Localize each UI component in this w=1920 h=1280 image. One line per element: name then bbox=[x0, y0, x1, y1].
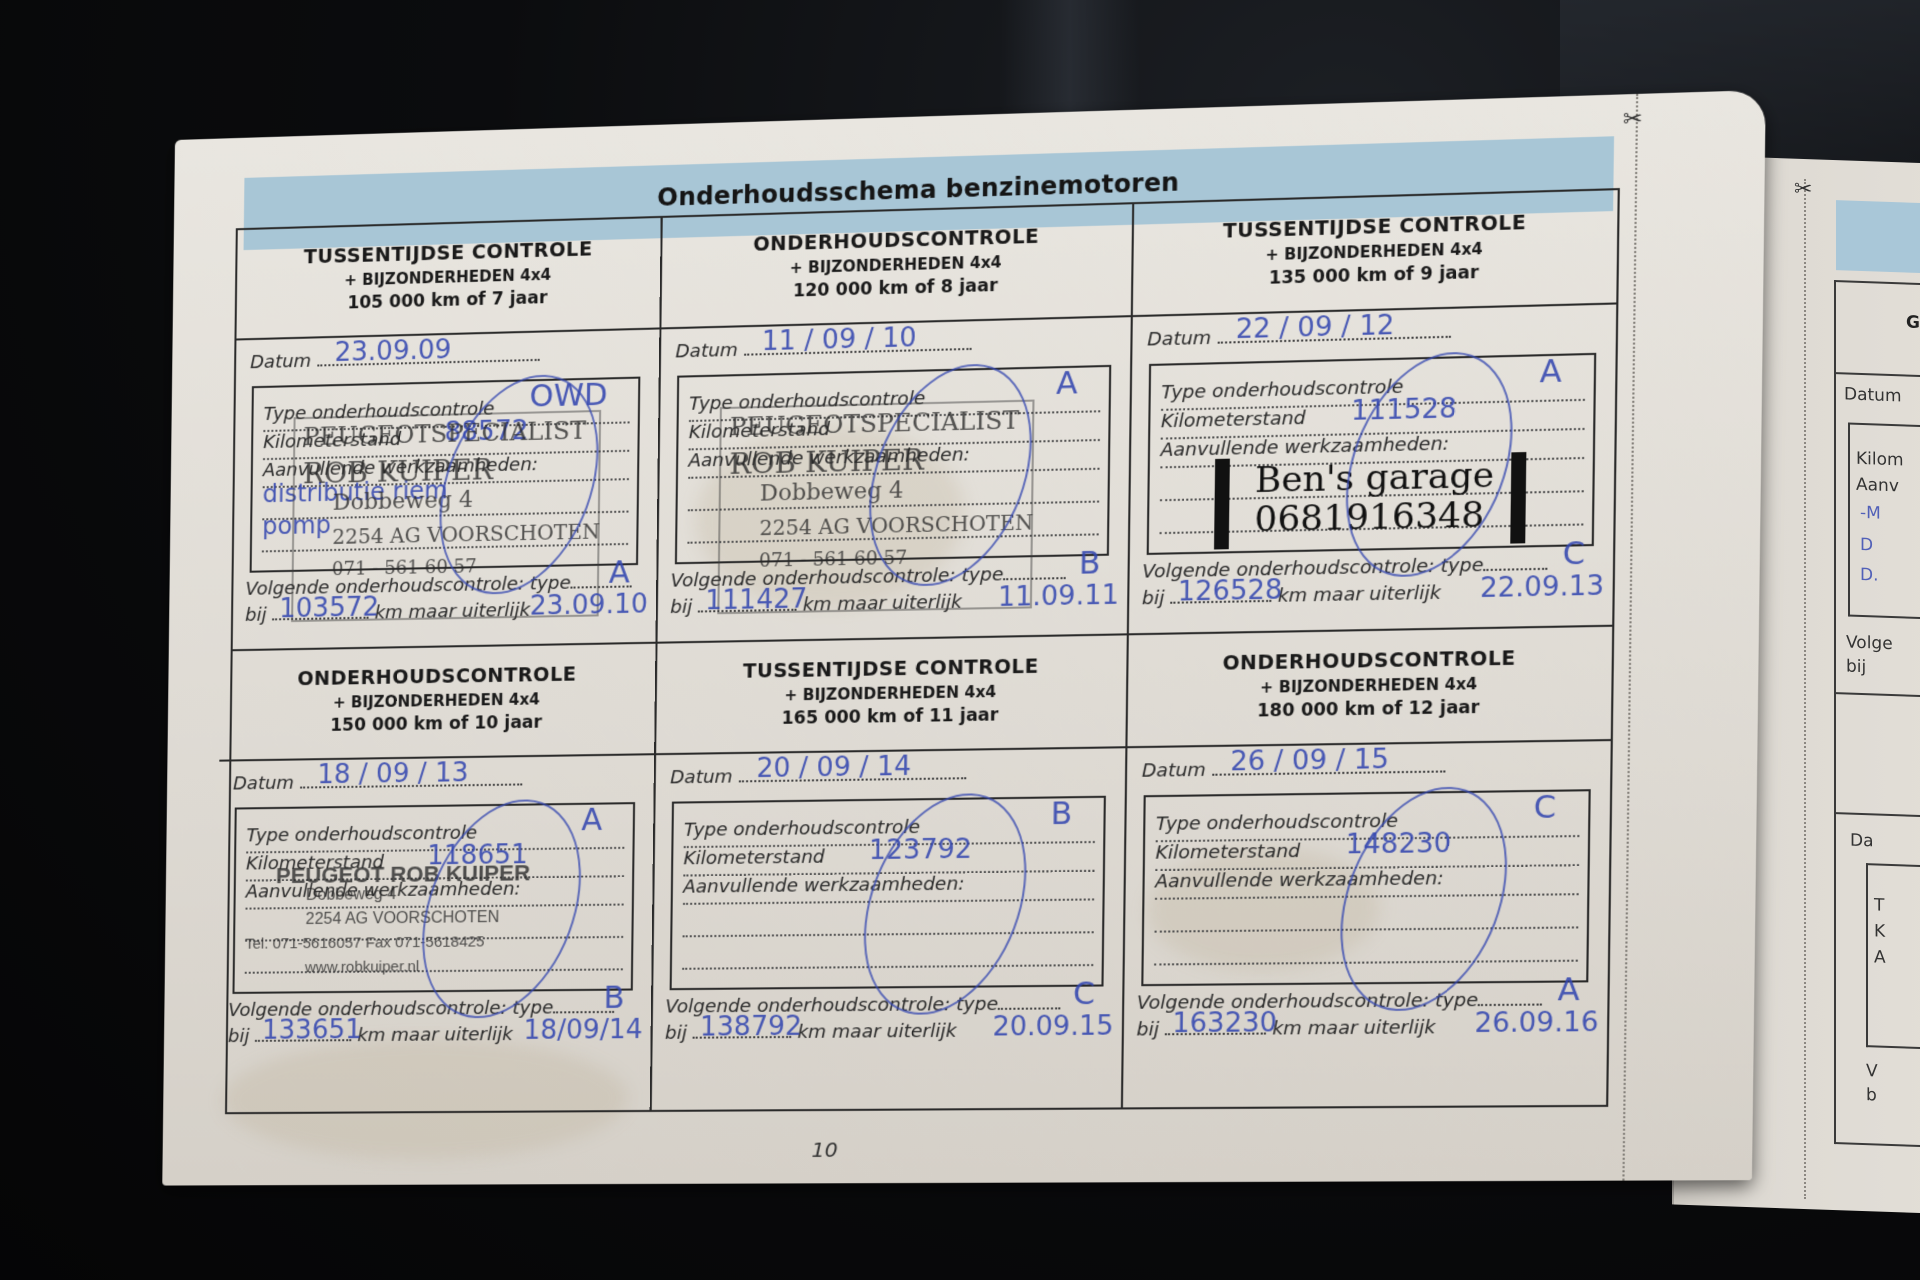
next-type-value[interactable]: B bbox=[603, 980, 624, 1016]
next-date-value[interactable]: 22.09.13 bbox=[1480, 571, 1604, 604]
cell-subheading: + BIJZONDERHEDEN 4x4 bbox=[220, 688, 655, 713]
next-date-value[interactable]: 26.09.16 bbox=[1474, 1007, 1598, 1039]
maintenance-cell: ONDERHOUDSCONTROLE + BIJZONDERHEDEN 4x4 … bbox=[658, 204, 1135, 643]
inner-box: T K A bbox=[1866, 863, 1920, 1053]
scissors-icon: ✂ bbox=[1794, 177, 1812, 203]
maintenance-table: TUSSENTIJDSE CONTROLE + BIJZONDERHEDEN 4… bbox=[225, 188, 1620, 1114]
cell-subheading: + BIJZONDERHEDEN 4x4 bbox=[657, 681, 1126, 707]
cell-heading: ONDERHOUDSCONTROLE bbox=[220, 662, 655, 692]
next-date-value[interactable]: 18/09/14 bbox=[523, 1015, 642, 1046]
type-value[interactable]: A bbox=[581, 803, 602, 839]
next-date-value[interactable]: 11.09.11 bbox=[998, 580, 1119, 613]
divider bbox=[1836, 692, 1920, 701]
cell-body: Datum 23.09.09 Type onderhoudscontrole K… bbox=[233, 327, 660, 649]
maintenance-cell: ONDERHOUDSCONTROLE + BIJZONDERHEDEN 4x4 … bbox=[1123, 627, 1612, 1108]
page-number: 10 bbox=[811, 1137, 838, 1162]
cut-line bbox=[1804, 179, 1806, 1199]
maintenance-cell: TUSSENTIJDSE CONTROLE + BIJZONDERHEDEN 4… bbox=[233, 218, 663, 651]
garage-stamp: PEUGEOTSPECIALISTROB KUIPERDobbeweg 4225… bbox=[679, 367, 1109, 378]
scissors-icon: ✂ bbox=[1623, 106, 1643, 133]
cell-interval: 150 000 km of 10 jaar bbox=[220, 711, 655, 738]
stamp-bar bbox=[1214, 459, 1230, 550]
cell-subheading: + BIJZONDERHEDEN 4x4 bbox=[1128, 673, 1612, 699]
datum-value[interactable]: 26 / 09 / 15 bbox=[1230, 744, 1389, 777]
next-date-value[interactable]: 20.09.15 bbox=[992, 1011, 1113, 1043]
cell-body: Datum 18 / 09 / 13 Type onderhoudscontro… bbox=[215, 753, 654, 1112]
handwriting: D. bbox=[1860, 565, 1879, 586]
next-type-value[interactable]: B bbox=[1079, 546, 1101, 582]
maintenance-cell: TUSSENTIJDSE CONTROLE + BIJZONDERHEDEN 4… bbox=[652, 635, 1129, 1110]
title-band bbox=[1836, 200, 1920, 277]
datum-value[interactable]: 23.09.09 bbox=[334, 335, 451, 368]
next-km-value[interactable]: 111427 bbox=[705, 584, 807, 616]
next-km-value[interactable]: 126528 bbox=[1178, 575, 1283, 608]
type-value[interactable]: B bbox=[1050, 796, 1072, 832]
cell-header: TUSSENTIJDSE CONTROLE + BIJZONDERHEDEN 4… bbox=[656, 635, 1127, 755]
garage-stamp: Ben's garage0681916348 bbox=[1151, 355, 1594, 366]
datum-value[interactable]: 22 / 09 / 12 bbox=[1236, 310, 1395, 345]
label: Datum bbox=[1844, 384, 1902, 406]
km-label: Kilometerstand bbox=[1161, 407, 1306, 432]
maintenance-page: ✂ Onderhoudsschema benzinemotoren TUSSEN… bbox=[162, 90, 1766, 1186]
label: bij bbox=[1846, 656, 1866, 677]
label: Aanv bbox=[1856, 475, 1899, 496]
cell-body: Datum 20 / 09 / 14 Type onderhoudscontro… bbox=[652, 746, 1126, 1110]
right-table: GA Datum Kilom Aanv -M D D. Volge bij Da… bbox=[1834, 280, 1920, 1151]
km-label: Kilometerstand bbox=[683, 846, 824, 869]
km-label: Kilometerstand bbox=[1155, 841, 1300, 864]
type-value[interactable]: A bbox=[1539, 354, 1561, 391]
inner-box: Kilom Aanv -M D D. bbox=[1848, 423, 1920, 624]
garage-stamp: PEUGEOT ROB KUIPERDobbeweg 42254 AG VOOR… bbox=[237, 804, 633, 809]
cell-header: ONDERHOUDSCONTROLE + BIJZONDERHEDEN 4x4 … bbox=[219, 644, 655, 762]
datum-value[interactable]: 11 / 09 / 10 bbox=[762, 323, 917, 358]
garage-stamp bbox=[1146, 791, 1589, 797]
garage-stamp bbox=[674, 798, 1104, 804]
cell-heading: ONDERHOUDSCONTROLE bbox=[1128, 645, 1612, 676]
stamp-text: Dobbeweg 4 bbox=[306, 886, 397, 905]
maintenance-cell: ONDERHOUDSCONTROLE + BIJZONDERHEDEN 4x4 … bbox=[215, 644, 657, 1113]
cell-header: TUSSENTIJDSE CONTROLE + BIJZONDERHEDEN 4… bbox=[236, 218, 660, 341]
next-km-value[interactable]: 103572 bbox=[279, 592, 379, 624]
next-km-value[interactable]: 133651 bbox=[262, 1015, 362, 1046]
next-type-value[interactable]: A bbox=[609, 555, 630, 591]
label: K bbox=[1874, 921, 1885, 941]
stamp-bar bbox=[1510, 452, 1526, 544]
label: A bbox=[1874, 947, 1886, 967]
cell-heading: TUSSENTIJDSE CONTROLE bbox=[657, 654, 1127, 684]
cell-body: Datum 11 / 09 / 10 Type onderhoudscontro… bbox=[658, 315, 1131, 642]
label: Volge bbox=[1846, 632, 1893, 654]
next-type-value[interactable]: C bbox=[1562, 536, 1585, 573]
label: Kilom bbox=[1856, 449, 1904, 471]
handwriting: D bbox=[1860, 535, 1873, 555]
maintenance-cell: TUSSENTIJDSE CONTROLE + BIJZONDERHEDEN 4… bbox=[1129, 190, 1618, 635]
label: b bbox=[1866, 1085, 1877, 1105]
stamp-text: www.robkuiper.nl bbox=[305, 958, 419, 976]
handwriting: -M bbox=[1860, 503, 1881, 524]
divider bbox=[1836, 812, 1920, 821]
cell-interval: 180 000 km of 12 jaar bbox=[1128, 695, 1612, 723]
cut-line bbox=[1622, 94, 1638, 1181]
cell-header: ONDERHOUDSCONTROLE + BIJZONDERHEDEN 4x4 … bbox=[1127, 627, 1612, 748]
cell-body: Datum 22 / 09 / 12 Type onderhoudscontro… bbox=[1129, 302, 1616, 633]
label: V bbox=[1866, 1061, 1878, 1081]
cell-header: TUSSENTIJDSE CONTROLE + BIJZONDERHEDEN 4… bbox=[1133, 190, 1618, 317]
type-value[interactable]: C bbox=[1533, 790, 1556, 827]
next-type-value[interactable]: A bbox=[1557, 972, 1579, 1009]
cell-interval: 165 000 km of 11 jaar bbox=[656, 703, 1125, 731]
cell-body: Datum 26 / 09 / 15 Type onderhoudscontro… bbox=[1123, 739, 1611, 1107]
label: T bbox=[1874, 895, 1884, 915]
next-date-value[interactable]: 23.09.10 bbox=[530, 589, 648, 622]
next-type-value[interactable]: C bbox=[1073, 976, 1095, 1012]
datum-value[interactable]: 20 / 09 / 14 bbox=[756, 751, 911, 784]
heading-partial: GA bbox=[1906, 313, 1920, 334]
next-km-value[interactable]: 138792 bbox=[700, 1011, 802, 1042]
next-km-value[interactable]: 163230 bbox=[1172, 1008, 1277, 1040]
datum-value[interactable]: 18 / 09 / 13 bbox=[317, 758, 469, 790]
cell-header: ONDERHOUDSCONTROLE + BIJZONDERHEDEN 4x4 … bbox=[661, 204, 1132, 329]
type-value[interactable]: A bbox=[1056, 366, 1078, 402]
label: Da bbox=[1850, 831, 1874, 852]
